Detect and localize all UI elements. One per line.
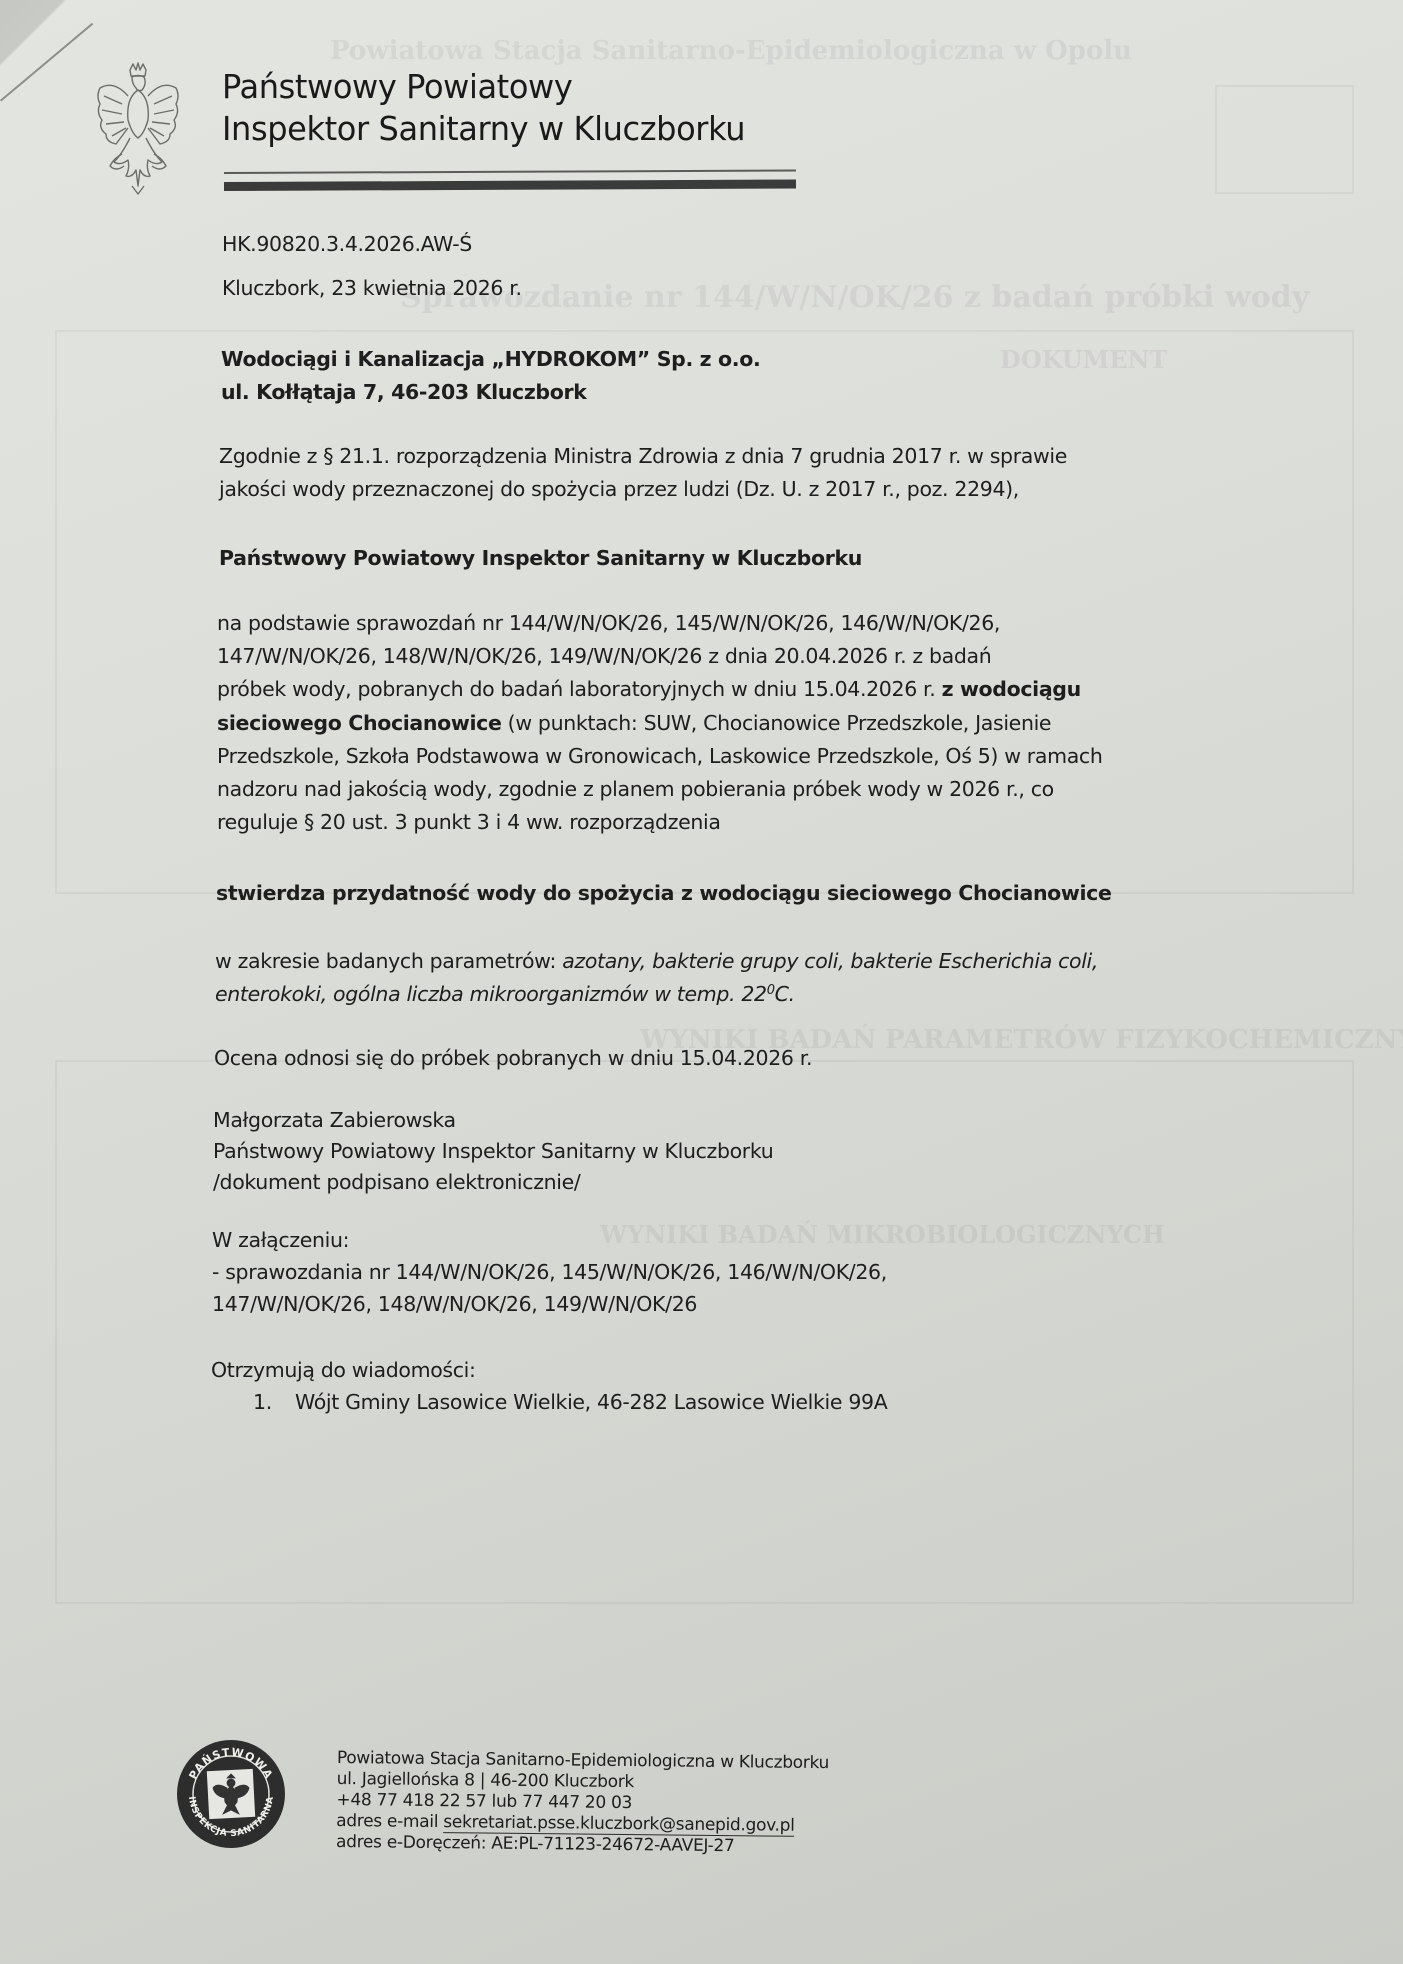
- tested-parameters: w zakresie badanych parametrów: azotany,…: [215, 945, 1098, 1011]
- addressee-block: Wodociągi i Kanalizacja „HYDROKOM” Sp. z…: [221, 343, 760, 409]
- legal-basis-paragraph: Zgodnie z § 21.1. rozporządzenia Ministr…: [219, 440, 1067, 506]
- place-and-date: Kluczbork, 23 kwietnia 2026 r.: [222, 272, 522, 305]
- issuing-authority: Państwowy Powiatowy Inspektor Sanitarny …: [219, 542, 862, 575]
- header-divider-thin: [224, 170, 796, 174]
- bleed-through-text: Powiatowa Stacja Sanitarno-Epidemiologic…: [330, 36, 1132, 66]
- attachment-item: - sprawozdania nr 144/W/N/OK/26, 145/W/N…: [212, 1256, 887, 1288]
- water-supply-name: sieciowego Chocianowice: [217, 711, 502, 735]
- bleed-through-stamp: [1215, 85, 1354, 194]
- signatory-name: Małgorzata Zabierowska: [213, 1105, 773, 1136]
- recipient-item: 1.Wójt Gminy Lasowice Wielkie, 46-282 La…: [211, 1386, 887, 1418]
- findings-line: 147/W/N/OK/26, 148/W/N/OK/26, 149/W/N/OK…: [217, 640, 1102, 673]
- addressee-address: ul. Kołłątaja 7, 46-203 Kluczbork: [221, 376, 760, 409]
- attachment-item: 147/W/N/OK/26, 148/W/N/OK/26, 149/W/N/OK…: [212, 1288, 887, 1320]
- assessment-note: Ocena odnosi się do próbek pobranych w d…: [214, 1042, 812, 1075]
- bleed-through-text: Sprawozdanie nr 144/W/N/OK/26 z badań pr…: [400, 280, 1309, 315]
- tested-parameters-line: enterokoki, ogólna liczba mikroorganizmó…: [215, 978, 1098, 1011]
- attachments-section: W załączeniu: - sprawozdania nr 144/W/N/…: [212, 1224, 887, 1320]
- footer-edelivery-address: AE:PL-71123-24672-AAVEJ-27: [491, 1834, 734, 1857]
- signatory-title: Państwowy Powiatowy Inspektor Sanitarny …: [213, 1136, 773, 1167]
- attachments-heading: W załączeniu:: [212, 1224, 887, 1256]
- recipients-heading: Otrzymują do wiadomości:: [211, 1354, 887, 1386]
- findings-line: na podstawie sprawozdań nr 144/W/N/OK/26…: [217, 607, 1102, 640]
- findings-line: próbek wody, pobranych do badań laborato…: [217, 673, 1102, 706]
- issuer-title-line2: Inspektor Sanitarny w Kluczborku: [222, 108, 745, 150]
- polish-eagle-emblem-icon: [92, 62, 184, 198]
- tested-parameters-line: w zakresie badanych parametrów: azotany,…: [215, 945, 1098, 978]
- findings-paragraph: na podstawie sprawozdań nr 144/W/N/OK/26…: [217, 607, 1102, 839]
- case-reference: HK.90820.3.4.2026.AW-Ś: [222, 228, 472, 261]
- recipients-section: Otrzymują do wiadomości: 1.Wójt Gminy La…: [211, 1354, 887, 1418]
- document-page: Powiatowa Stacja Sanitarno-Epidemiologic…: [0, 0, 1403, 1964]
- issuer-title: Państwowy Powiatowy Inspektor Sanitarny …: [222, 66, 745, 150]
- findings-line: reguluje § 20 ust. 3 punkt 3 i 4 ww. roz…: [217, 806, 1102, 839]
- legal-basis-line: jakości wody przeznaczonej do spożycia p…: [219, 473, 1067, 506]
- signature-block: Małgorzata Zabierowska Państwowy Powiato…: [213, 1105, 773, 1198]
- water-supply-name: z wodociągu: [942, 677, 1081, 701]
- header-divider-thick: [224, 180, 796, 191]
- findings-line: Przedszkole, Szkoła Podstawowa w Gronowi…: [217, 740, 1102, 773]
- e-signature-note: /dokument podpisano elektronicznie/: [213, 1167, 773, 1198]
- conclusion-statement: stwierdza przydatność wody do spożycia z…: [216, 877, 1112, 910]
- footer-contact-block: Powiatowa Stacja Sanitarno-Epidemiologic…: [336, 1748, 829, 1858]
- findings-line: sieciowego Chocianowice (w punktach: SUW…: [217, 707, 1102, 740]
- findings-line: nadzoru nad jakością wody, zgodnie z pla…: [217, 773, 1102, 806]
- issuer-title-line1: Państwowy Powiatowy: [222, 66, 745, 108]
- sanitary-inspection-seal-icon: PAŃSTWOWA INSPEKCJA SANITARNA: [175, 1738, 287, 1850]
- addressee-name: Wodociągi i Kanalizacja „HYDROKOM” Sp. z…: [221, 343, 760, 376]
- legal-basis-line: Zgodnie z § 21.1. rozporządzenia Ministr…: [219, 440, 1067, 473]
